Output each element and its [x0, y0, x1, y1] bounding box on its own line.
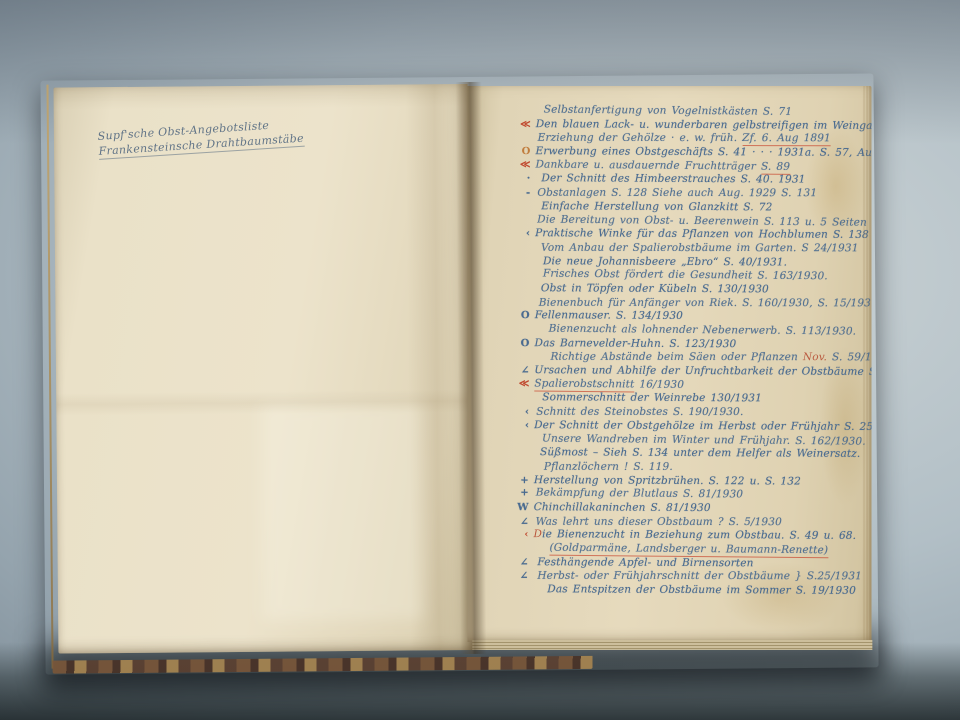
margin-mark: ∠ — [506, 570, 533, 584]
entry-text: Erziehung der Gehölze · e. w. früh. Zf. … — [536, 132, 831, 146]
margin-mark: · — [508, 172, 535, 186]
entry-line: ‹Schnitt des Steinobstes S. 190/1930. — [507, 406, 871, 420]
entry-text: Das Entspitzen der Obstbäume im Sommer S… — [533, 583, 856, 598]
entry-line: -Obstanlagen S. 128 Siehe auch Aug. 1929… — [508, 187, 871, 201]
entry-text: Vom Anbau der Spalierobstbäume im Garten… — [535, 242, 859, 256]
page-stack-edges — [472, 640, 872, 650]
entry-text: Dankbare u. ausdauernde Fruchtträger S. … — [535, 158, 790, 174]
left-page: Supf'sche Obst-AngebotslisteFrankenstein… — [54, 84, 473, 654]
entry-text: Pflanzlöchern ! S. 119. — [534, 461, 673, 475]
margin-mark: ∠ — [507, 364, 534, 378]
margin-mark: ≪ — [507, 377, 534, 391]
margin-mark: ≪ — [509, 118, 536, 132]
margin-mark: ‹ — [507, 528, 534, 542]
entry-text: Unsere Wandreben im Winter und Frühjahr.… — [534, 432, 866, 449]
glue-residue-patch — [261, 404, 423, 620]
left-page-lines: Supf'sche Obst-AngebotslisteFrankenstein… — [97, 116, 304, 160]
entry-text: Obst in Töpfen oder Kübeln S. 130/1930 — [535, 282, 769, 297]
entry-text: Festhängende Apfel- und Birnensorten — [533, 556, 753, 571]
entry-text: Richtige Abstände beim Säen oder Pflanze… — [534, 351, 871, 365]
entry-text: Die Bereitung von Obst- u. Beerenwein S.… — [535, 213, 871, 230]
entry-line: Erziehung der Gehölze · e. w. früh. Zf. … — [509, 132, 872, 146]
entry-text: Chinchillakaninchen S. 81/1930 — [534, 501, 711, 516]
entry-text: (Goldparmäne, Landsberger u. Baumann-Ren… — [533, 541, 828, 558]
entry-line: Obst in Töpfen oder Kübeln S. 130/1930 — [508, 282, 872, 298]
entry-text: Einfache Herstellung von Glanzkitt S. 72 — [535, 200, 772, 215]
margin-mark: ∠ — [507, 515, 534, 529]
open-book: Supf'sche Obst-AngebotslisteFrankenstein… — [54, 80, 877, 659]
entry-text: Der Schnitt des Himbeerstrauches S. 40. … — [535, 173, 805, 188]
entry-text: Schnitt des Steinobstes S. 190/1930. — [534, 406, 743, 420]
margin-mark: W — [507, 501, 534, 515]
margin-mark: ≪ — [508, 158, 535, 172]
entry-line: Das Entspitzen der Obstbäume im Sommer S… — [506, 583, 870, 599]
entry-text: Obstanlagen S. 128 Siehe auch Aug. 1929 … — [535, 187, 817, 201]
margin-mark: O — [508, 337, 535, 351]
margin-mark: + — [507, 486, 534, 500]
entry-line: Die Bereitung von Obst- u. Beerenwein S.… — [508, 213, 871, 230]
right-page: Selbstanfertigung von Vogelnistkästen S.… — [468, 86, 872, 642]
entry-text: Bienenbuch für Anfänger von Riek. S. 160… — [535, 296, 872, 310]
entry-text: Spalierobstschnitt 16/1930 — [534, 377, 684, 392]
entry-line: Richtige Abstände beim Säen oder Pflanze… — [507, 351, 871, 365]
margin-mark: O — [509, 145, 536, 159]
entry-line: WChinchillakaninchen S. 81/1930 — [507, 501, 871, 517]
margin-mark: ‹ — [507, 419, 534, 433]
entry-text: Sommerschnitt der Weinrebe 130/1931 — [534, 392, 762, 407]
photo-of-open-book: Supf'sche Obst-AngebotslisteFrankenstein… — [0, 0, 960, 720]
entry-list: Selbstanfertigung von Vogelnistkästen S.… — [506, 104, 871, 599]
entry-text: Bekämpfung der Blutlaus S. 81/1930 — [534, 487, 743, 503]
entry-line: Bienenbuch für Anfänger von Riek. S. 160… — [508, 296, 872, 310]
margin-mark: ‹ — [508, 227, 535, 241]
entry-text: Das Barnevelder-Huhn. S. 123/1930 — [535, 337, 737, 352]
entry-line: ∠Herbst- oder Frühjahrschnitt der Obstbä… — [506, 570, 870, 584]
margin-mark: - — [508, 187, 535, 201]
entry-text: Selbstanfertigung von Vogelnistkästen S.… — [536, 103, 792, 119]
entry-line: Unsere Wandreben im Winter und Frühjahr.… — [507, 432, 871, 449]
margin-mark: ‹ — [507, 406, 534, 420]
margin-mark: O — [508, 309, 535, 323]
entry-line: Vom Anbau der Spalierobstbäume im Garten… — [508, 242, 871, 256]
margin-mark: ∠ — [506, 556, 533, 570]
entry-text: Was lehrt uns dieser Obstbaum ? S. 5/193… — [534, 515, 782, 529]
entry-line: Pflanzlöchern ! S. 119. — [507, 461, 871, 475]
entry-line: ∠Was lehrt uns dieser Obstbaum ? S. 5/19… — [507, 515, 871, 529]
entry-text: Herbst- oder Frühjahrschnitt der Obstbäu… — [533, 570, 862, 584]
